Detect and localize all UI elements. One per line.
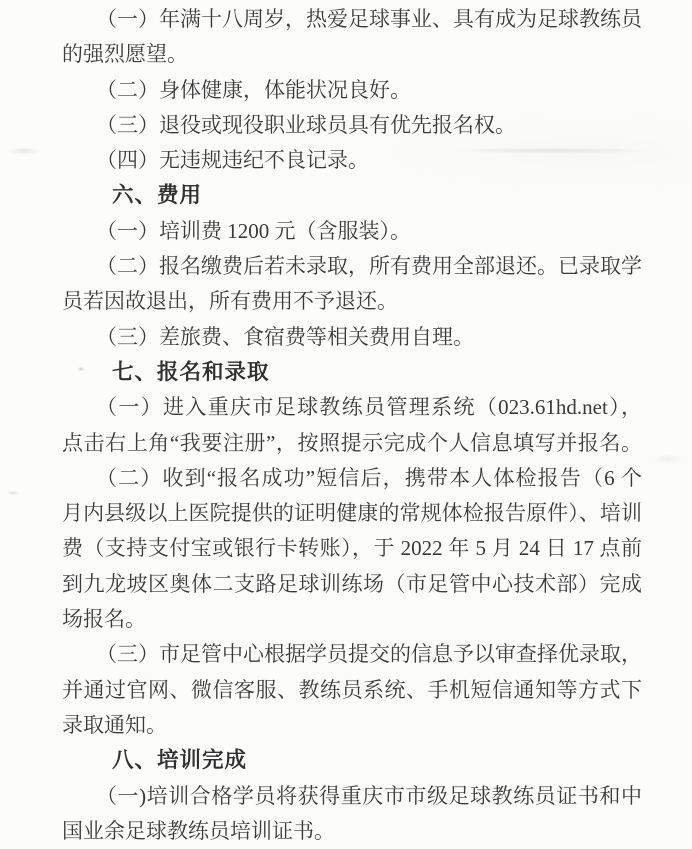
document-line: （一)培训合格学员将获得重庆市市级足球教练员证书和中 — [62, 779, 642, 814]
document-line: 费（支持支付宝或银行卡转账），于 2022 年 5 月 24 日 17 点前 — [62, 531, 642, 566]
document-line: （一）进入重庆市足球教练员管理系统（023.61hd.net）， — [62, 390, 642, 425]
scan-smudge — [648, 452, 688, 466]
document-line: （一）培训费 1200 元（含服装）。 — [62, 214, 642, 249]
document-line: 场报名。 — [62, 602, 642, 637]
scan-smudge — [4, 490, 22, 496]
section-heading: 六、费用 — [62, 178, 642, 213]
document-line: 并通过官网、微信客服、教练员系统、手机短信通知等方式下发 — [62, 673, 642, 708]
document-line: （二）身体健康，体能状况良好。 — [62, 73, 642, 108]
document-line: （二）报名缴费后若未录取，所有费用全部退还。已录取学 — [62, 249, 642, 284]
document-line: （二）收到“报名成功”短信后，携带本人体检报告（6 个 — [62, 461, 642, 496]
document-line: 到九龙坡区奥体二支路足球训练场（市足管中心技术部）完成现 — [62, 567, 642, 602]
document-line: （四）无违规违纪不良记录。 — [62, 143, 642, 178]
document-line: 点击右上角“我要注册”，按照提示完成个人信息填写并报名。 — [62, 426, 642, 461]
scanned-document-page: （一）年满十八周岁，热爱足球事业、具有成为足球教练员的强烈愿望。（二）身体健康，… — [0, 0, 692, 849]
document-line: 的强烈愿望。 — [62, 37, 642, 72]
document-line: 录取通知。 — [62, 708, 642, 743]
document-line: （三）退役或现役职业球员具有优先报名权。 — [62, 108, 642, 143]
document-line: （一）年满十八周岁，热爱足球事业、具有成为足球教练员 — [62, 2, 642, 37]
section-heading: 八、培训完成 — [62, 743, 642, 778]
document-line: （三）差旅费、食宿费等相关费用自理。 — [62, 320, 642, 355]
document-body: （一）年满十八周岁，热爱足球事业、具有成为足球教练员的强烈愿望。（二）身体健康，… — [62, 2, 642, 849]
document-line: （三）市足管中心根据学员提交的信息予以审查择优录取， — [62, 637, 642, 672]
section-heading: 七、报名和录取 — [62, 355, 642, 390]
document-line: 员若因故退出，所有费用不予退还。 — [62, 284, 642, 319]
scan-smudge — [0, 146, 48, 156]
document-line: 月内县级以上医院提供的证明健康的常规体检报告原件）、培训 — [62, 496, 642, 531]
document-line: 国业余足球教练员培训证书。 — [62, 814, 642, 849]
